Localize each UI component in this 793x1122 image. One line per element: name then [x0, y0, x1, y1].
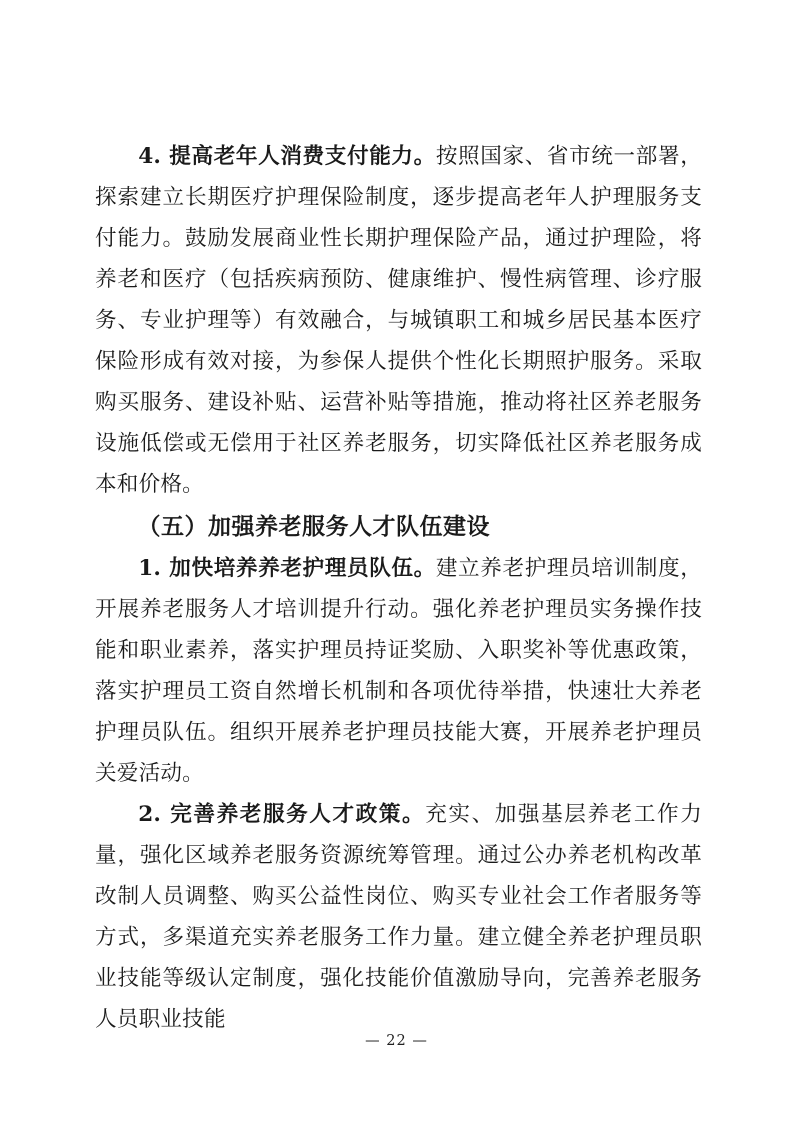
- section-heading-5: （五）加强养老服务人才队伍建设: [95, 505, 702, 548]
- paragraph-item-2-text: 充实、加强基层养老工作力量，强化区域养老服务资源统筹管理。通过公办养老机构改革改…: [95, 802, 702, 1032]
- page-number: — 22 —: [0, 1030, 793, 1052]
- paragraph-item-1-lead: 1. 加快培养养老护理员队伍。: [138, 556, 436, 581]
- paragraph-item-2: 2. 完善养老服务人才政策。充实、加强基层养老工作力量，强化区域养老服务资源统筹…: [95, 794, 702, 1040]
- paragraph-item-4-text: 按照国家、省市统一部署，探索建立长期医疗护理保险制度，逐步提高老年人护理服务支付…: [95, 144, 702, 497]
- document-body: 4. 提高老年人消费支付能力。按照国家、省市统一部署，探索建立长期医疗护理保险制…: [95, 136, 702, 1040]
- document-page: 4. 提高老年人消费支付能力。按照国家、省市统一部署，探索建立长期医疗护理保险制…: [0, 0, 793, 1122]
- paragraph-item-1-text: 建立养老护理员培训制度，开展养老服务人才培训提升行动。强化养老护理员实务操作技能…: [95, 556, 702, 786]
- paragraph-item-4-lead: 4. 提高老年人消费支付能力。: [138, 144, 436, 169]
- paragraph-item-2-lead: 2. 完善养老服务人才政策。: [138, 802, 425, 827]
- paragraph-item-4: 4. 提高老年人消费支付能力。按照国家、省市统一部署，探索建立长期医疗护理保险制…: [95, 136, 702, 505]
- paragraph-item-1: 1. 加快培养养老护理员队伍。建立养老护理员培训制度，开展养老服务人才培训提升行…: [95, 548, 702, 794]
